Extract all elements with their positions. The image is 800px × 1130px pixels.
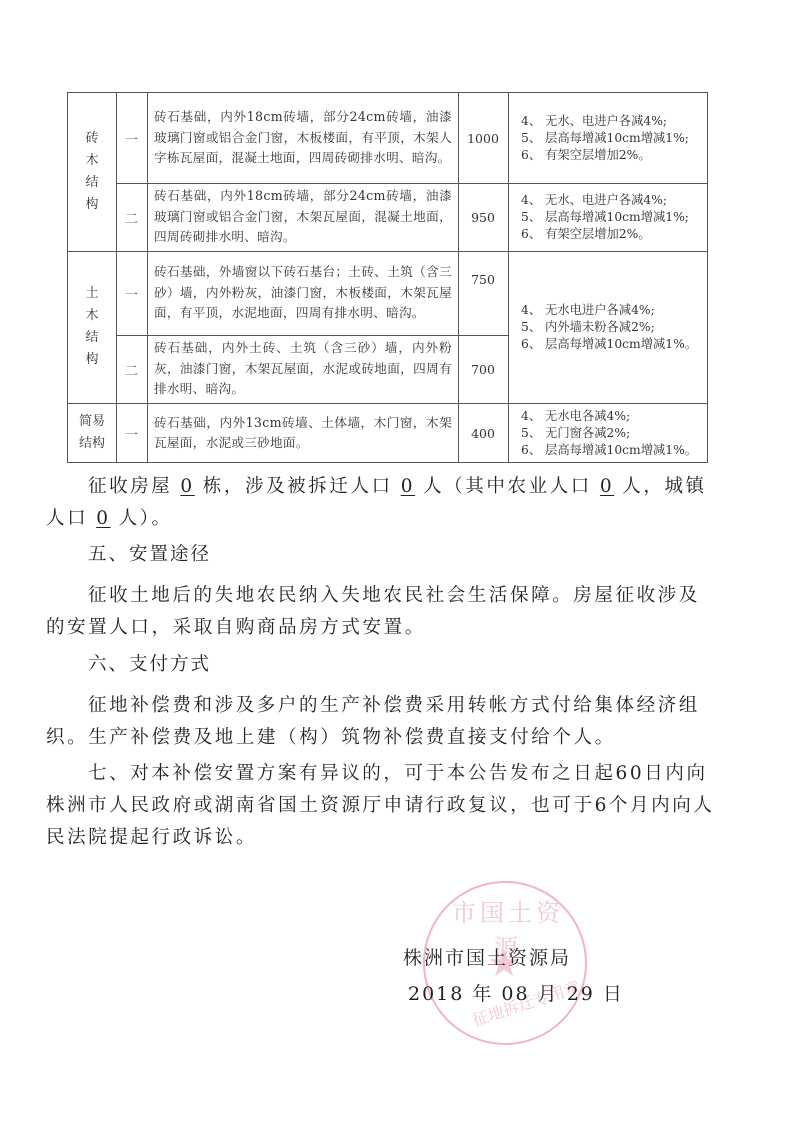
section-heading-resettlement: 五、安置途径 <box>88 540 211 566</box>
grade-cell: 二 <box>116 335 147 403</box>
section-body-appeal: 七、对本补偿安置方案有异议的，可于本公告发布之日起60日内向株洲市人民政府或湖南… <box>46 758 716 854</box>
compensation-standard-table: 砖木结构 土木结构 简易结构 一 砖石基础，内外18cm砖墙，部分24cm砖墙，… <box>67 92 708 463</box>
adjustments-cell: 4、 无水、电进户各减4%;5、 层高每增减10cm增减1%;6、 有架空层增加… <box>508 183 709 251</box>
adjustments-cell: 4、 无水电进户各减4%;5、 内外墙未粉各减2%;6、 层高每增减10cm增减… <box>508 251 709 403</box>
price-cell: 1000 <box>458 93 508 183</box>
grade-cell: 一 <box>116 403 147 463</box>
grade-cell: 二 <box>116 183 147 251</box>
category-brick-wood: 砖木结构 <box>68 93 116 251</box>
urban-count: 0 <box>88 508 118 529</box>
adjustments-cell: 4、 无水、电进户各减4%;5、 层高每增减10cm增减1%;6、 有架空层增加… <box>508 93 709 183</box>
price-cell: 750 <box>458 251 508 307</box>
adjustments-cell: 4、 无水电各减4%;5、 无门窗各减2%;6、 层高每增减10cm增减1%。 <box>508 403 709 463</box>
buildings-count: 0 <box>172 476 202 497</box>
description-cell: 砖石基础，内外土砖、土筑（含三砂）墙，内外粉灰，油漆门窗，木架瓦屋面，水泥或砖地… <box>147 335 458 403</box>
grade-cell: 一 <box>116 251 147 335</box>
section-body-resettlement: 征收土地后的失地农民纳入失地农民社会生活保障。房屋征收涉及的安置人口，采取自购商… <box>46 580 716 644</box>
section-heading-payment: 六、支付方式 <box>88 650 211 676</box>
price-cell: 950 <box>458 183 508 251</box>
signature-org: 株洲市国土资源局 <box>403 943 571 970</box>
description-cell: 砖石基础，内外13cm砖墙、土体墙，木门窗，木架瓦屋面，水泥或三砂地面。 <box>147 403 458 463</box>
house-count-paragraph: 征收房屋0栋，涉及被拆迁人口0人（其中农业人口0人，城镇人口0人）。 <box>46 471 716 535</box>
price-cell: 400 <box>458 403 508 463</box>
description-cell: 砖石基础，外墙窗以下砖石基台；土砖、土筑（含三砂）墙，内外粉灰，油漆门窗，木板楼… <box>147 251 458 335</box>
category-earth-wood: 土木结构 <box>68 251 116 403</box>
description-cell: 砖石基础，内外18cm砖墙，部分24cm砖墙，油漆玻璃门窗或铝合金门窗，木架瓦屋… <box>147 183 458 251</box>
signature-date: 2018 年 08 月 29 日 <box>408 979 624 1006</box>
section-body-payment: 征地补偿费和涉及多户的生产补偿费采用转帐方式付给集体经济组织。生产补偿费及地上建… <box>46 690 716 754</box>
grade-cell: 一 <box>116 93 147 183</box>
description-cell: 砖石基础，内外18cm砖墙，部分24cm砖墙，油漆玻璃门窗或铝合金门窗，木板楼面… <box>147 93 458 183</box>
people-count: 0 <box>393 476 423 497</box>
price-cell: 700 <box>458 335 508 403</box>
category-simple: 简易结构 <box>68 403 116 463</box>
agri-count: 0 <box>592 476 622 497</box>
